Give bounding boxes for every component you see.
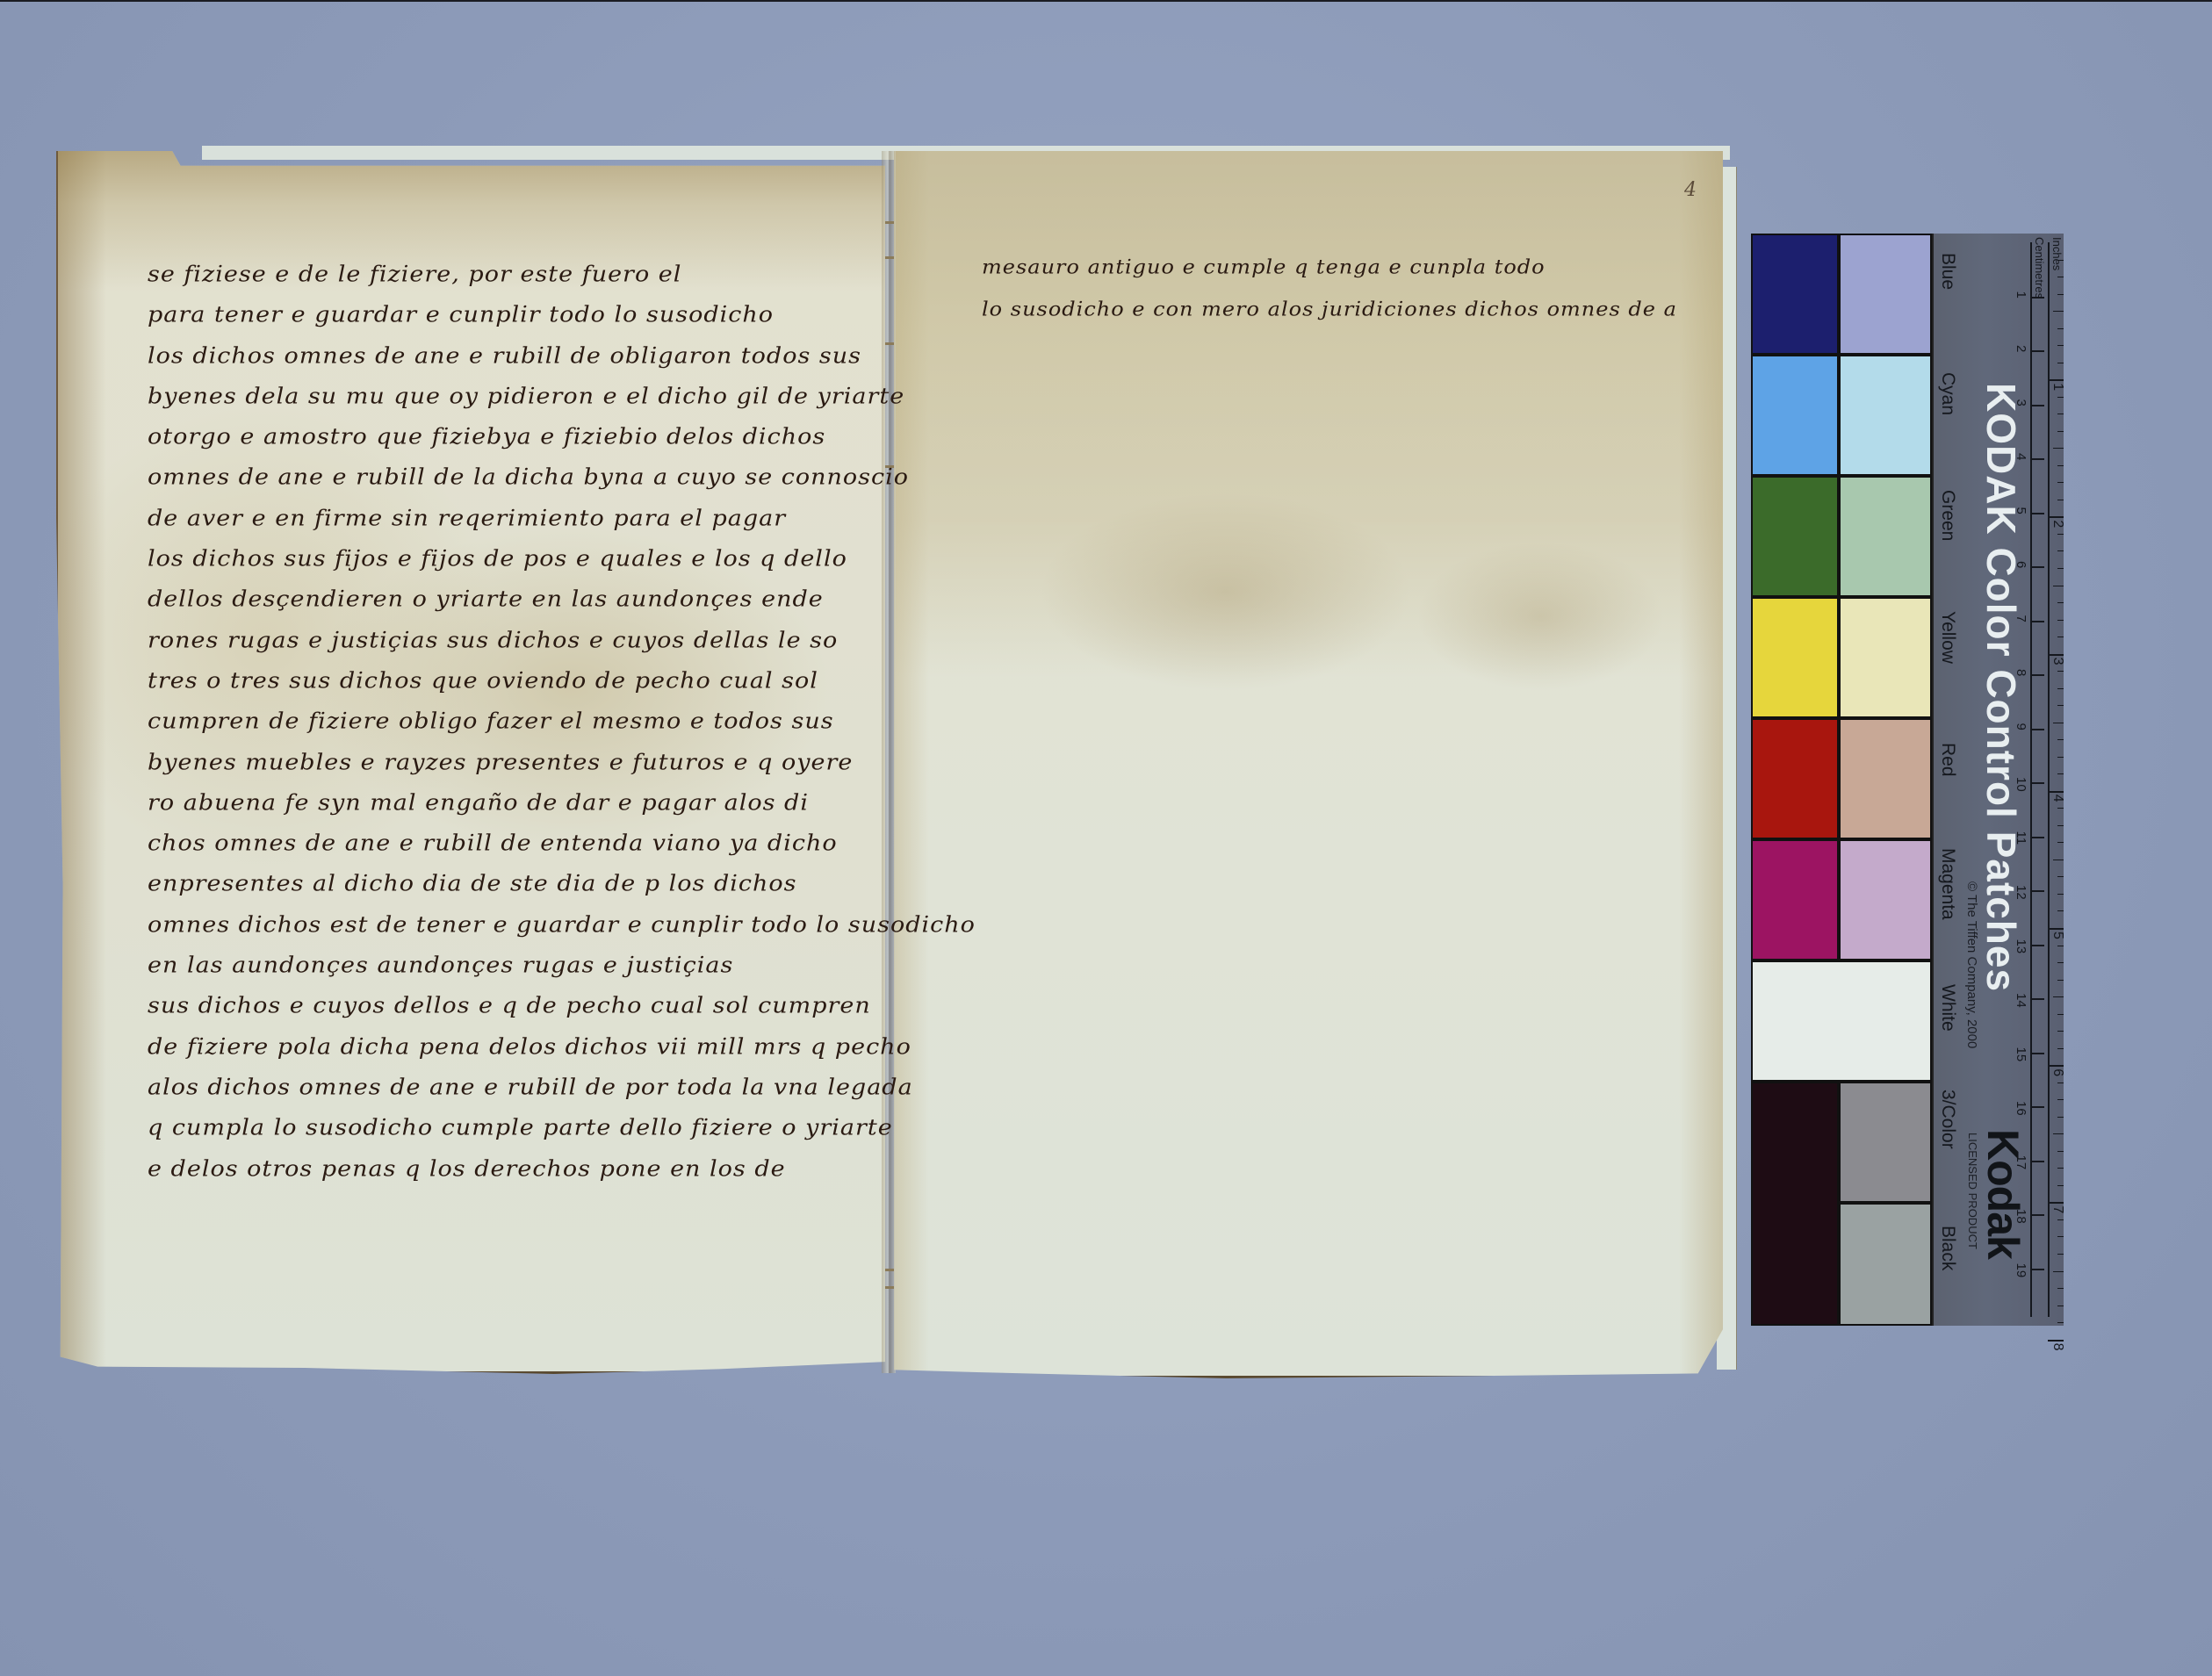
inch-tick bbox=[2048, 654, 2064, 656]
cm-tick bbox=[2030, 1053, 2044, 1054]
inch-subtick bbox=[2053, 996, 2064, 997]
manuscript-line: otorgo e amostro que fiziebya e fiziebio… bbox=[148, 419, 850, 457]
manuscript-line: en las aundonçes aundonçes rugas e justi… bbox=[148, 947, 850, 985]
patch-black-gray bbox=[1841, 1205, 1930, 1324]
inch-subtick bbox=[2057, 739, 2064, 740]
inch-subtick bbox=[2057, 620, 2064, 621]
inch-subtick bbox=[2053, 586, 2064, 586]
cm-tick bbox=[2030, 890, 2044, 892]
inch-subtick bbox=[2057, 1014, 2064, 1015]
cm-tick-label: 1 bbox=[2014, 291, 2028, 299]
manuscript-line: byenes dela su mu que oy pidieron e el d… bbox=[148, 378, 850, 416]
inch-subtick bbox=[2057, 1322, 2064, 1323]
manuscript-line: los dichos sus fijos e fijos de pos e qu… bbox=[148, 541, 850, 579]
inch-subtick bbox=[2057, 946, 2064, 946]
patch-label-yellow: Yellow bbox=[1937, 611, 1958, 664]
manuscript-line: tres o tres sus dichos que oviendo de pe… bbox=[148, 663, 850, 701]
inch-tick bbox=[2048, 1340, 2064, 1342]
inch-tick-label: 6 bbox=[2050, 1068, 2065, 1076]
inch-subtick bbox=[2057, 550, 2064, 551]
inch-scale-line bbox=[2048, 242, 2050, 1317]
binding-stitch bbox=[885, 1269, 894, 1271]
patch-red-dark bbox=[1753, 720, 1837, 838]
patch-blue-dark bbox=[1753, 235, 1837, 353]
inch-subtick bbox=[2057, 705, 2064, 706]
chart-title: KODAK Color Control Patches bbox=[1978, 383, 2025, 992]
cm-tick bbox=[2030, 945, 2044, 946]
inch-subtick bbox=[2057, 1031, 2064, 1032]
manuscript-line: chos omnes de ane e rubill de entenda vi… bbox=[148, 825, 850, 863]
kodak-color-control-strip: Inches Centimetres 123456789101112131415… bbox=[1751, 234, 2062, 1326]
centimetres-unit-label: Centimetres bbox=[2033, 237, 2046, 299]
manuscript-line: cumpren de fiziere obligo fazer el mesmo… bbox=[148, 703, 850, 741]
inch-subtick bbox=[2057, 534, 2064, 535]
cm-tick bbox=[2030, 998, 2044, 1000]
binding-gutter bbox=[882, 151, 896, 1373]
patch-magenta-light bbox=[1841, 841, 1930, 959]
kodak-logo: Kodak bbox=[1978, 1129, 2028, 1259]
cm-tick-label: 19 bbox=[2014, 1263, 2028, 1278]
right-page-text: mesauro antiguo e cumple q tenga e cunpl… bbox=[982, 246, 1649, 330]
inch-tick bbox=[2048, 379, 2064, 381]
manuscript-line: enpresentes al dicho dia de ste dia de p… bbox=[148, 866, 850, 903]
manuscript-line: ro abuena fe syn mal engaño de dar e pag… bbox=[148, 785, 850, 823]
cm-tick bbox=[2030, 782, 2044, 784]
chart-copyright: © The Tiffen Company, 2000 bbox=[1964, 881, 1979, 1048]
inch-subtick bbox=[2057, 910, 2064, 911]
patch-label-magenta: Magenta bbox=[1937, 848, 1958, 920]
inch-subtick bbox=[2057, 980, 2064, 981]
cm-tick bbox=[2030, 1161, 2044, 1162]
inch-subtick bbox=[2057, 465, 2064, 466]
inch-subtick bbox=[2057, 363, 2064, 363]
cm-tick-label: 15 bbox=[2014, 1047, 2028, 1062]
inch-subtick bbox=[2057, 1117, 2064, 1118]
patch-yellow-light bbox=[1841, 599, 1930, 716]
patch-3color-gray bbox=[1841, 1083, 1930, 1201]
cm-tick bbox=[2030, 729, 2044, 730]
inches-unit-label: Inches bbox=[2050, 237, 2064, 270]
patch-blue-light bbox=[1841, 235, 1930, 353]
manuscript-line: sus dichos e cuyos dellos e q de pecho c… bbox=[148, 988, 850, 1025]
patch-label-green: Green bbox=[1937, 490, 1958, 541]
binding-stitch bbox=[885, 1286, 894, 1289]
patch-label-cyan: Cyan bbox=[1937, 372, 1958, 415]
cm-tick-label: 16 bbox=[2014, 1101, 2028, 1116]
inch-subtick bbox=[2057, 808, 2064, 809]
cm-tick bbox=[2030, 1106, 2044, 1108]
cm-tick bbox=[2030, 513, 2044, 514]
patch-cyan-dark bbox=[1753, 356, 1837, 474]
inch-tick bbox=[2048, 791, 2064, 793]
inch-subtick bbox=[2057, 482, 2064, 483]
patch-label-red: Red bbox=[1937, 743, 1958, 777]
patch-red-light bbox=[1841, 720, 1930, 838]
inch-subtick bbox=[2057, 345, 2064, 346]
manuscript-line: dellos desçendieren o yriarte en las aun… bbox=[148, 581, 850, 619]
cm-tick bbox=[2030, 405, 2044, 406]
inch-subtick bbox=[2057, 568, 2064, 569]
manuscript-line: lo susodicho e con mero alos juridicione… bbox=[982, 290, 1649, 328]
inch-tick-label: 4 bbox=[2050, 795, 2065, 802]
inch-subtick bbox=[2057, 1288, 2064, 1289]
inch-tick-label: 8 bbox=[2050, 1343, 2065, 1351]
inch-subtick bbox=[2057, 1099, 2064, 1100]
cm-tick bbox=[2030, 350, 2044, 352]
inch-subtick bbox=[2057, 294, 2064, 295]
inch-subtick bbox=[2057, 876, 2064, 877]
inch-subtick bbox=[2057, 1254, 2064, 1255]
cm-tick bbox=[2030, 1269, 2044, 1270]
manuscript-line: e delos otros penas q los derechos pone … bbox=[148, 1150, 850, 1188]
manuscript-line: byenes muebles e rayzes presentes e futu… bbox=[148, 744, 850, 781]
inch-subtick bbox=[2057, 842, 2064, 843]
cm-tick bbox=[2030, 674, 2044, 676]
manuscript-line: q cumpla lo susodicho cumple parte dello… bbox=[148, 1110, 850, 1147]
cm-tick bbox=[2030, 566, 2044, 568]
inch-subtick bbox=[2057, 1306, 2064, 1306]
manuscript-line: los dichos omnes de ane e rubill de obli… bbox=[148, 337, 850, 375]
manuscript-line: de aver e en firme sin reqerimiento para… bbox=[148, 500, 850, 538]
cm-tick bbox=[2030, 458, 2044, 460]
manuscript-line: de fiziere pola dicha pena delos dichos … bbox=[148, 1028, 850, 1066]
patch-black-dark bbox=[1753, 1083, 1837, 1324]
cm-tick-label: 2 bbox=[2014, 345, 2028, 352]
patch-label-white: White bbox=[1937, 984, 1958, 1032]
inch-subtick bbox=[2057, 688, 2064, 689]
binding-stitch bbox=[885, 256, 894, 259]
patch-yellow-dark bbox=[1753, 599, 1837, 716]
inch-subtick bbox=[2057, 962, 2064, 963]
inch-subtick bbox=[2057, 1185, 2064, 1186]
inch-tick-label: 5 bbox=[2050, 932, 2065, 939]
patch-white bbox=[1753, 962, 1930, 1080]
inch-subtick bbox=[2057, 397, 2064, 398]
inch-subtick bbox=[2053, 311, 2064, 312]
inch-subtick bbox=[2057, 260, 2064, 261]
inch-tick-label: 3 bbox=[2050, 658, 2065, 665]
color-patches bbox=[1751, 234, 1932, 1326]
inch-subtick bbox=[2057, 1168, 2064, 1169]
inch-tick bbox=[2048, 1065, 2064, 1067]
measurement-ruler: Inches Centimetres 123456789101112131415… bbox=[1932, 234, 2064, 1326]
manuscript-line: para tener e guardar e cunplir todo lo s… bbox=[148, 297, 850, 334]
cm-tick bbox=[2030, 297, 2044, 299]
inch-tick bbox=[2048, 516, 2064, 518]
inch-subtick bbox=[2057, 1083, 2064, 1083]
inch-subtick bbox=[2053, 723, 2064, 723]
inch-subtick bbox=[2053, 1133, 2064, 1134]
inch-subtick bbox=[2057, 602, 2064, 603]
manuscript-line: omnes de ane e rubill de la dicha byna a… bbox=[148, 459, 850, 497]
inch-subtick bbox=[2053, 448, 2064, 449]
right-page bbox=[894, 151, 1723, 1378]
manuscript-line: mesauro antiguo e cumple q tenga e cunpl… bbox=[982, 248, 1649, 286]
cm-tick-label: 14 bbox=[2014, 993, 2028, 1008]
inch-subtick bbox=[2053, 1271, 2064, 1272]
folio-number: 4 bbox=[1684, 179, 1697, 201]
inch-subtick bbox=[2057, 1151, 2064, 1152]
patch-cyan-light bbox=[1841, 356, 1930, 474]
inch-subtick bbox=[2057, 1219, 2064, 1220]
inch-subtick bbox=[2057, 671, 2064, 672]
patch-magenta-dark bbox=[1753, 841, 1837, 959]
manuscript-line: rones rugas e justiçias sus dichos e cuy… bbox=[148, 622, 850, 660]
patch-green-light bbox=[1841, 478, 1930, 595]
inch-subtick bbox=[2057, 825, 2064, 826]
manuscript-line: alos dichos omnes de ane e rubill de por… bbox=[148, 1069, 850, 1107]
inch-tick bbox=[2048, 928, 2064, 930]
inch-subtick bbox=[2053, 860, 2064, 860]
inch-subtick bbox=[2057, 328, 2064, 329]
patch-label-blue: Blue bbox=[1937, 253, 1958, 290]
cm-tick bbox=[2030, 621, 2044, 622]
inch-subtick bbox=[2057, 431, 2064, 432]
cm-tick bbox=[2030, 1214, 2044, 1216]
cm-tick bbox=[2030, 837, 2044, 838]
inch-subtick bbox=[2057, 1236, 2064, 1237]
inch-subtick bbox=[2057, 1048, 2064, 1049]
inch-subtick bbox=[2057, 773, 2064, 774]
inch-tick bbox=[2048, 1202, 2064, 1204]
inch-subtick bbox=[2057, 637, 2064, 637]
patch-label-3color: 3/Color bbox=[1937, 1090, 1958, 1149]
inch-subtick bbox=[2057, 500, 2064, 500]
manuscript-line: se fiziese e de le fiziere, por este fue… bbox=[148, 256, 850, 294]
inch-subtick bbox=[2057, 757, 2064, 758]
binding-stitch bbox=[885, 221, 894, 224]
licensed-product-label: LICENSED PRODUCT bbox=[1966, 1133, 1979, 1249]
left-page-text: se fiziese e de le fiziere, por este fue… bbox=[148, 255, 850, 1190]
binding-stitch bbox=[885, 342, 894, 345]
patch-green-dark bbox=[1753, 478, 1837, 595]
inch-tick-label: 7 bbox=[2050, 1205, 2065, 1213]
inch-subtick bbox=[2057, 414, 2064, 414]
inch-tick-label: 2 bbox=[2050, 520, 2065, 528]
inch-subtick bbox=[2057, 894, 2064, 895]
inch-subtick bbox=[2057, 277, 2064, 277]
manuscript-line: omnes dichos est de tener e guardar e cu… bbox=[148, 907, 850, 945]
patch-label-black: Black bbox=[1937, 1226, 1958, 1270]
inch-tick-label: 1 bbox=[2050, 383, 2065, 391]
